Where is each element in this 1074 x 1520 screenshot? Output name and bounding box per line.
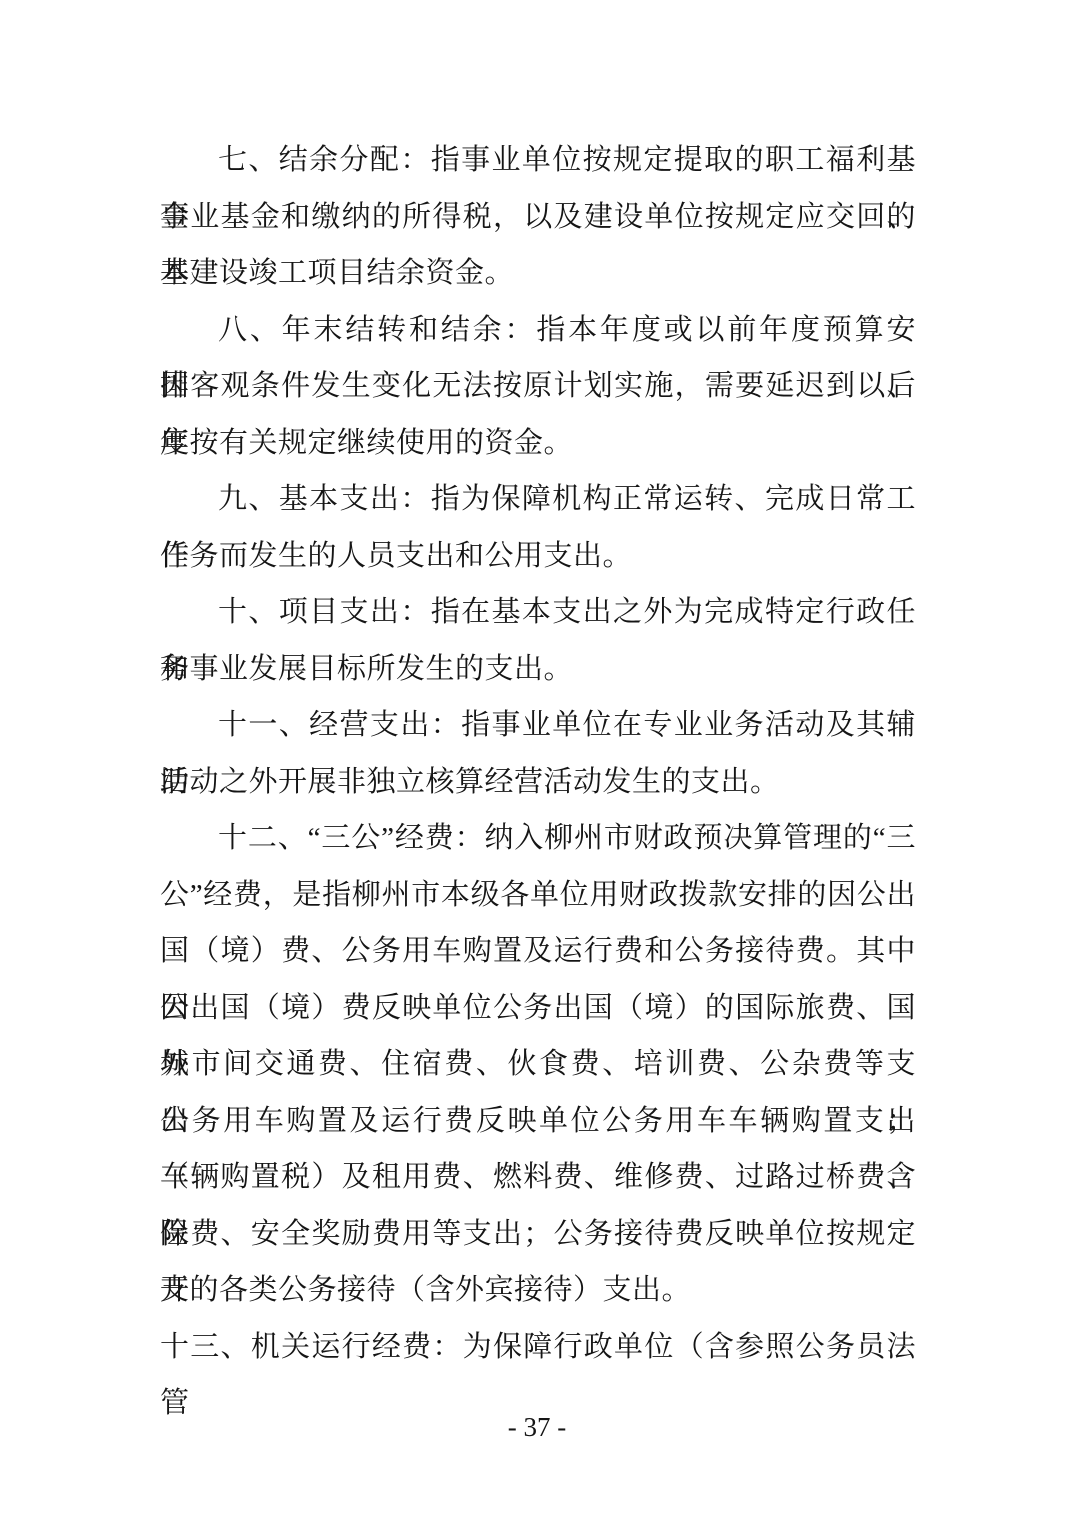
- text-line: 事业基金和缴纳的所得税，以及建设单位按规定应交回的基: [160, 189, 916, 246]
- text-line: 本建设竣工项目结余资金。: [160, 245, 916, 302]
- paragraph-12-three-public-funds: 十二、“三公”经费：纳入柳州市财政预决算管理的“三 公”经费，是指柳州市本级各单…: [160, 810, 916, 1319]
- document-page: 七、结余分配：指事业单位按规定提取的职工福利基金、 事业基金和缴纳的所得税，以及…: [0, 0, 1074, 1520]
- text-line: 公出国（境）费反映单位公务出国（境）的国际旅费、国外: [160, 980, 916, 1037]
- text-line: 车辆购置税）及租用费、燃料费、维修费、过路过桥费、保: [160, 1149, 916, 1206]
- text-line: 十一、经营支出：指事业单位在专业业务活动及其辅助: [160, 697, 916, 754]
- text-line: 支的各类公务接待（含外宾接待）支出。: [160, 1262, 916, 1319]
- text-line: 和事业发展目标所发生的支出。: [160, 641, 916, 698]
- text-line: 七、结余分配：指事业单位按规定提取的职工福利基金、: [160, 132, 916, 189]
- text-line: 度按有关规定继续使用的资金。: [160, 415, 916, 472]
- text-line: 险费、安全奖励费用等支出；公务接待费反映单位按规定开: [160, 1206, 916, 1263]
- text-line: 八、年末结转和结余：指本年度或以前年度预算安排、: [160, 302, 916, 359]
- text-line: 城市间交通费、住宿费、伙食费、培训费、公杂费等支出；: [160, 1036, 916, 1093]
- text-block: 七、结余分配：指事业单位按规定提取的职工福利基金、 事业基金和缴纳的所得税，以及…: [160, 132, 916, 1375]
- paragraph-11-operating-expenditure: 十一、经营支出：指事业单位在专业业务活动及其辅助 活动之外开展非独立核算经营活动…: [160, 697, 916, 810]
- paragraph-13-agency-operating-funds: 十三、机关运行经费：为保障行政单位（含参照公务员法管: [160, 1319, 916, 1376]
- text-line: 十、项目支出：指在基本支出之外为完成特定行政任务: [160, 584, 916, 641]
- text-line: 国（境）费、公务用车购置及运行费和公务接待费。其中因: [160, 923, 916, 980]
- paragraph-7-surplus-distribution: 七、结余分配：指事业单位按规定提取的职工福利基金、 事业基金和缴纳的所得税，以及…: [160, 132, 916, 302]
- text-line: 活动之外开展非独立核算经营活动发生的支出。: [160, 754, 916, 811]
- text-line: 公务用车购置及运行费反映单位公务用车车辆购置支出（含: [160, 1093, 916, 1150]
- text-line: 任务而发生的人员支出和公用支出。: [160, 528, 916, 585]
- paragraph-9-basic-expenditure: 九、基本支出：指为保障机构正常运转、完成日常工作 任务而发生的人员支出和公用支出…: [160, 471, 916, 584]
- paragraph-10-project-expenditure: 十、项目支出：指在基本支出之外为完成特定行政任务 和事业发展目标所发生的支出。: [160, 584, 916, 697]
- page-number: - 37 -: [0, 1412, 1074, 1443]
- text-line: 公”经费，是指柳州市本级各单位用财政拨款安排的因公出: [160, 867, 916, 924]
- text-line: 十二、“三公”经费：纳入柳州市财政预决算管理的“三: [160, 810, 916, 867]
- text-line: 因客观条件发生变化无法按原计划实施，需要延迟到以后年: [160, 358, 916, 415]
- paragraph-8-year-end-carryover: 八、年末结转和结余：指本年度或以前年度预算安排、 因客观条件发生变化无法按原计划…: [160, 302, 916, 472]
- text-line: 九、基本支出：指为保障机构正常运转、完成日常工作: [160, 471, 916, 528]
- text-line: 十三、机关运行经费：为保障行政单位（含参照公务员法管: [160, 1319, 916, 1376]
